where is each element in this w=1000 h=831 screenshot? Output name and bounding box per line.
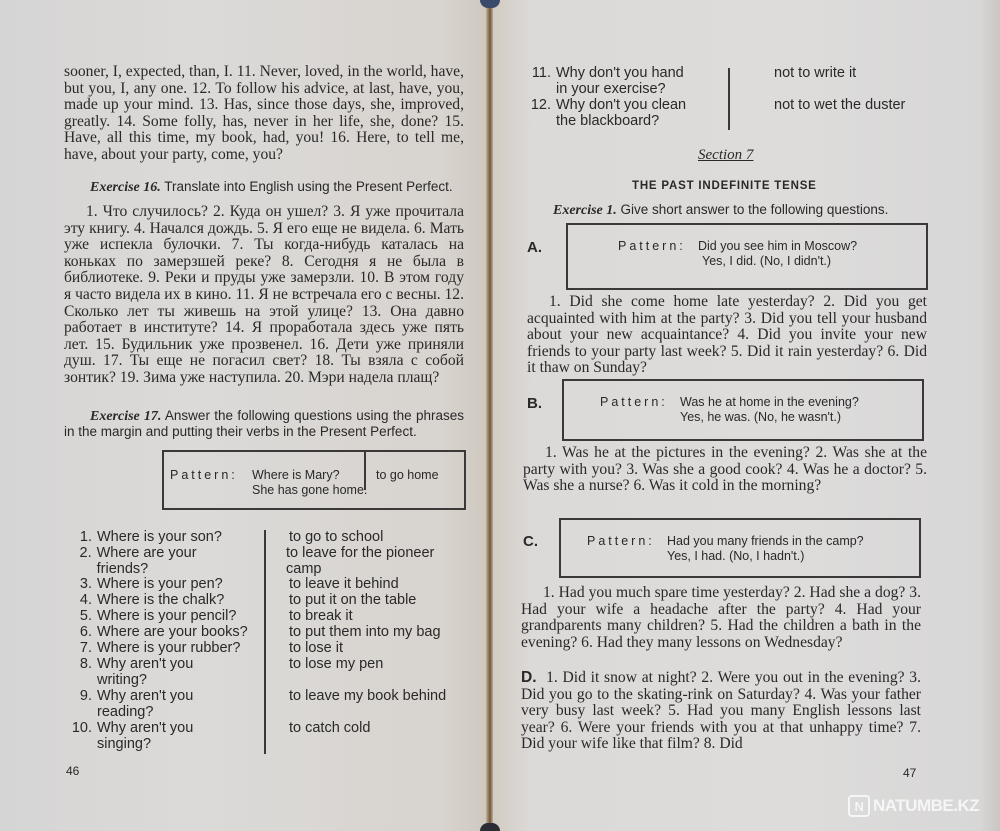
table-row: 6. Where are your books? to put them int…: [68, 625, 468, 641]
table-row: 12. Why don't you clean the blackboard? …: [527, 98, 947, 130]
table-divider: [728, 68, 730, 130]
pattern-label: Pattern:: [587, 534, 655, 548]
item-phrase: not to write it: [746, 66, 856, 98]
item-question: Why aren't you singing?: [97, 721, 217, 753]
item-number: 5.: [68, 609, 97, 625]
item-number: 9.: [68, 689, 97, 721]
part-c-pattern-box: Pattern: Had you many friends in the cam…: [559, 518, 921, 578]
item-phrase: to catch cold: [279, 721, 370, 753]
item-phrase: to put it on the table: [279, 593, 416, 609]
pattern-answer: Yes, I had. (No, I hadn't.): [667, 549, 804, 563]
item-phrase: to lose it: [279, 641, 343, 657]
exercise1-title: Exercise 1. Give short answer to the fol…: [553, 203, 933, 219]
pattern-label: Pattern:: [600, 395, 668, 409]
item-number: 3.: [68, 577, 97, 593]
item-number: 2.: [68, 546, 97, 577]
table-row: 1. Where is your son? to go to school: [68, 530, 468, 546]
exercise1-label: Exercise 1.: [553, 203, 617, 218]
continuation-paragraph: sooner, I, expected, than, I. 11. Never,…: [64, 64, 464, 164]
table-row: 2. Where are your friends? to leave for …: [68, 546, 468, 577]
table-row: 3. Where is your pen? to leave it behind: [68, 577, 468, 593]
item-number: 8.: [68, 657, 97, 689]
item-phrase: to leave my book behind: [279, 689, 446, 721]
table-row: 9. Why aren't you reading? to leave my b…: [68, 689, 468, 721]
part-b-pattern-box: Pattern: Was he at home in the evening? …: [562, 379, 924, 441]
item-phrase: to break it: [279, 609, 353, 625]
table-row: 4. Where is the chalk? to put it on the …: [68, 593, 468, 609]
watermark: N NATUMBE.KZ: [848, 795, 979, 817]
section-title: Section 7: [698, 147, 753, 164]
page-number-left: 46: [66, 764, 79, 778]
watermark-logo-icon: N: [848, 795, 870, 817]
table-row: 7. Where is your rubber? to lose it: [68, 641, 468, 657]
watermark-text: NATUMBE.KZ: [873, 796, 979, 816]
part-b-text: 1. Was he at the pictures in the evening…: [523, 445, 927, 495]
item-number: 10.: [68, 721, 97, 753]
part-b-letter: B.: [527, 395, 542, 412]
part-a-letter: A.: [527, 239, 542, 256]
pattern-phrase: to go home: [376, 468, 439, 482]
item-phrase: to leave for the pioneer camp: [276, 546, 468, 577]
spine-gap: [480, 823, 500, 831]
item-question: Where is your pencil?: [97, 609, 255, 625]
pattern-label: Pattern:: [170, 468, 238, 482]
exercise16-label: Exercise 16.: [90, 180, 161, 195]
table-row: 8. Why aren't you writing? to lose my pe…: [68, 657, 468, 689]
exercise17-title: Exercise 17. Answer the following questi…: [64, 409, 464, 439]
table-row: 10. Why aren't you singing? to catch col…: [68, 721, 468, 753]
continuation-text: sooner, I, expected, than, I. 11. Never,…: [64, 64, 464, 164]
item-number: 1.: [68, 530, 97, 546]
item-question: Where is your pen?: [97, 577, 255, 593]
item-phrase: to leave it behind: [279, 577, 399, 593]
item-phrase: to lose my pen: [279, 657, 383, 689]
exercise17-label: Exercise 17.: [90, 409, 161, 424]
part-a-body: 1. Did she come home late yesterday? 2. …: [527, 294, 927, 377]
part-c-text: 1. Had you much spare time yesterday? 2.…: [521, 585, 921, 651]
item-number: 7.: [68, 641, 97, 657]
part-d-body: D. 1. Did it snow at night? 2. Were you …: [521, 670, 921, 753]
item-question-line2: the blackboard?: [556, 113, 659, 129]
item-question: Why aren't you reading?: [97, 689, 217, 721]
pattern-answer: Yes, he was. (No, he wasn't.): [680, 410, 841, 424]
table-row: 5. Where is your pencil? to break it: [68, 609, 468, 625]
item-question: Where are your books?: [97, 625, 255, 641]
pattern-question: Where is Mary?: [252, 468, 340, 482]
item-question: Where are your friends?: [97, 546, 252, 577]
item-question-line2: in your exercise?: [556, 81, 666, 97]
pattern-question: Had you many friends in the camp?: [667, 534, 864, 548]
exercise17-pattern-box: Pattern: Where is Mary? She has gone hom…: [162, 450, 466, 510]
item-question-line1: Why don't you clean: [556, 97, 686, 113]
exercise1-instruction: Give short answer to the following quest…: [621, 202, 889, 217]
item-phrase: to put them into my bag: [279, 625, 441, 641]
item-question: Why don't you hand in your exercise?: [556, 66, 746, 98]
part-c-body: 1. Had you much spare time yesterday? 2.…: [521, 585, 921, 651]
part-c-letter: C.: [523, 533, 538, 550]
pattern-question: Was he at home in the evening?: [680, 395, 859, 409]
part-a-text: 1. Did she come home late yesterday? 2. …: [527, 294, 927, 377]
exercise17-continued-table: 11. Why don't you hand in your exercise?…: [527, 66, 947, 130]
book-spine: [486, 0, 493, 831]
exercise17-table: 1. Where is your son? to go to school 2.…: [68, 530, 468, 753]
item-phrase: not to wet the duster: [746, 98, 905, 130]
pattern-question: Did you see him in Moscow?: [698, 239, 857, 253]
chapter-heading: THE PAST INDEFINITE TENSE: [632, 180, 817, 192]
table-row: 11. Why don't you hand in your exercise?…: [527, 66, 947, 98]
pattern-label: Pattern:: [618, 239, 686, 253]
item-number: 6.: [68, 625, 97, 641]
exercise16-instruction: Translate into English using the Present…: [164, 179, 452, 194]
exercise16-title: Exercise 16. Translate into English usin…: [64, 180, 464, 196]
part-d-letter: D.: [521, 669, 537, 686]
item-question-line1: Why don't you hand: [556, 65, 684, 81]
exercise16-text: 1. Что случилось? 2. Куда он ушел? 3. Я …: [64, 204, 464, 387]
exercise16-body: 1. Что случилось? 2. Куда он ушел? 3. Я …: [64, 204, 464, 387]
item-question: Where is your son?: [97, 530, 255, 546]
page-number-right: 47: [903, 766, 916, 780]
item-question: Where is your rubber?: [97, 641, 255, 657]
part-a-pattern-box: Pattern: Did you see him in Moscow? Yes,…: [566, 223, 928, 290]
part-b-body: 1. Was he at the pictures in the evening…: [523, 445, 927, 495]
item-number: 4.: [68, 593, 97, 609]
item-number: 12.: [527, 98, 556, 130]
part-d-text: 1. Did it snow at night? 2. Were you out…: [521, 669, 921, 752]
item-question: Why don't you clean the blackboard?: [556, 98, 746, 130]
pattern-divider: [364, 452, 366, 490]
pattern-answer: She has gone home.: [252, 483, 367, 497]
item-question: Why aren't you writing?: [97, 657, 217, 689]
item-phrase: to go to school: [279, 530, 383, 546]
item-question: Where is the chalk?: [97, 593, 255, 609]
item-number: 11.: [527, 66, 556, 98]
pattern-answer: Yes, I did. (No, I didn't.): [702, 254, 831, 268]
